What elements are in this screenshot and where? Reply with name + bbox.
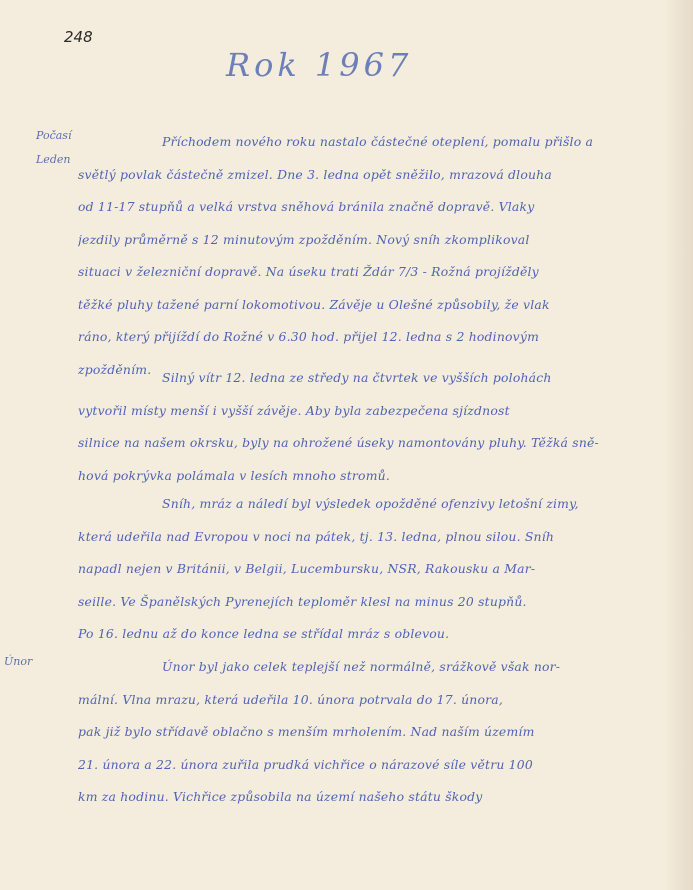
margin-note-february: Únor [4, 650, 32, 674]
text-line: světlý povlak částečně zmizel. Dne 3. le… [78, 159, 674, 192]
margin-note-weather: Počasí Leden [36, 124, 71, 172]
text-line: silnice na našem okrsku, byly na ohrožen… [78, 427, 674, 460]
text-line: Silný vítr 12. ledna ze středy na čtvrte… [78, 362, 674, 395]
text-line: Únor byl jako celek teplejší než normáln… [78, 651, 674, 684]
text-line: Sníh, mráz a náledí byl výsledek opožděn… [78, 488, 674, 521]
text-line: seille. Ve Španělských Pyrenejích teplom… [78, 586, 674, 619]
page-number: 248 [64, 28, 93, 46]
margin-note-label: Leden [36, 148, 71, 172]
text-line: ráno, který přijíždí do Rožné v 6.30 hod… [78, 321, 674, 354]
text-line: vytvořil místy menší i vyšší závěje. Aby… [78, 395, 674, 428]
paragraph-january-weather: Příchodem nového roku nastalo částečné o… [78, 126, 674, 386]
paragraph-february: Únor byl jako celek teplejší než normáln… [78, 651, 674, 814]
chronicle-page: 248 Rok 1967 Počasí Leden Únor Příchodem… [0, 0, 693, 890]
text-line: km za hodinu. Vichřice způsobila na územ… [78, 781, 674, 814]
text-line: od 11-17 stupňů a velká vrstva sněhová b… [78, 191, 674, 224]
text-line: těžké pluhy tažené parní lokomotivou. Zá… [78, 289, 674, 322]
text-line: která udeřila nad Evropou v noci na páte… [78, 521, 674, 554]
text-line: Po 16. lednu až do konce ledna se střída… [78, 618, 674, 651]
text-line: mální. Vlna mrazu, která udeřila 10. úno… [78, 684, 674, 717]
text-line: napadl nejen v Británii, v Belgii, Lucem… [78, 553, 674, 586]
paragraph-wind: Silný vítr 12. ledna ze středy na čtvrte… [78, 362, 674, 492]
paragraph-europe-winter: Sníh, mráz a náledí byl výsledek opožděn… [78, 488, 674, 651]
page-title: Rok 1967 [226, 46, 412, 84]
text-line: Příchodem nového roku nastalo částečné o… [78, 126, 674, 159]
margin-note-label: Počasí [36, 124, 71, 148]
text-line: situaci v železniční dopravě. Na úseku t… [78, 256, 674, 289]
text-line: pak již bylo střídavě oblačno s menším m… [78, 716, 674, 749]
text-line: 21. února a 22. února zuřila prudká vich… [78, 749, 674, 782]
text-line: jezdily průměrně s 12 minutovým zpoždění… [78, 224, 674, 257]
